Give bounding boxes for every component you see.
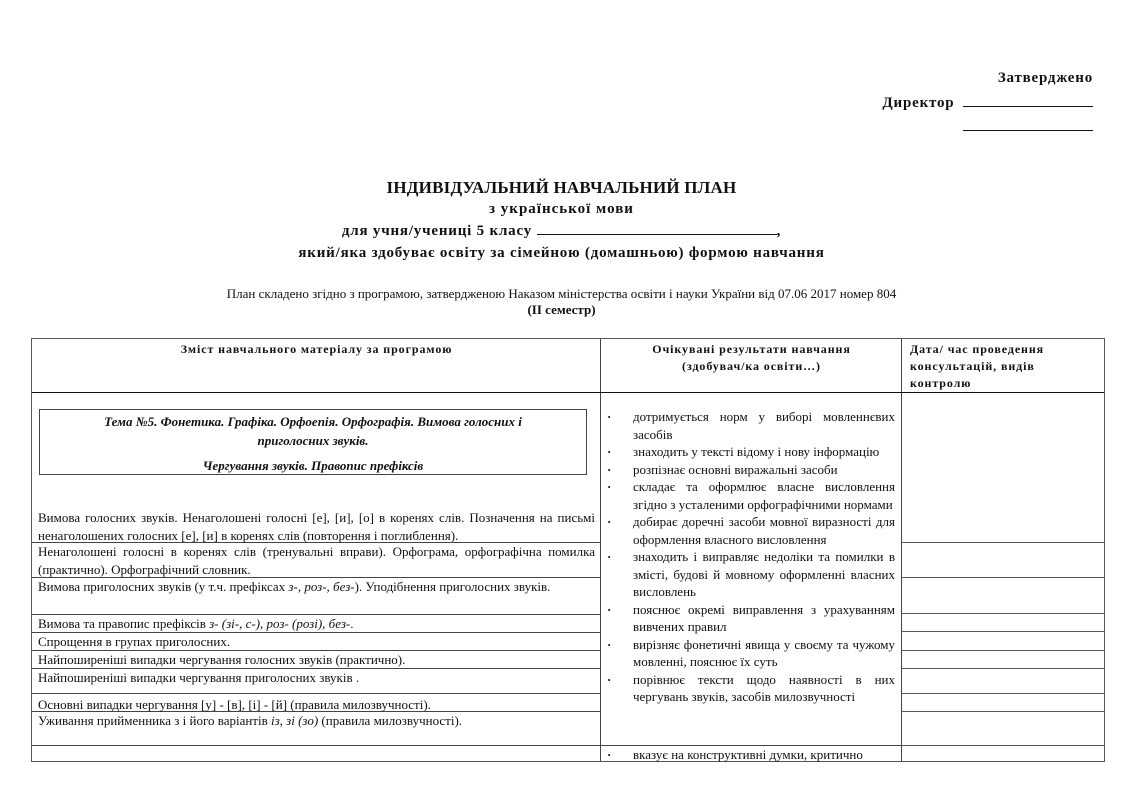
student-name-blank: [537, 220, 777, 235]
table-row: Уживання прийменника з і його варіантів …: [32, 712, 601, 746]
plan-table: Зміст навчального матеріалу за програмою…: [31, 338, 1105, 762]
date-cell-divider: [901, 542, 1104, 543]
topic-title: Тема №5. Фонетика. Графіка. Орфоепія. Ор…: [40, 412, 586, 431]
row-text: (правила милозвучності).: [318, 713, 462, 728]
result-item: добирає доречні засоби мовної виразності…: [601, 513, 901, 548]
table-row: Вимова та правопис префіксів з- (зі-, с-…: [32, 615, 601, 633]
student-line: для учня/учениці 5 класу ,: [0, 220, 1123, 242]
date-cell-divider: [901, 631, 1104, 632]
director-label: Директор: [882, 95, 954, 111]
row-text-italic: з-, роз-, без-: [288, 579, 354, 594]
result-item: вказує на конструктивні думки, критично: [601, 746, 901, 763]
results-last-cell: вказує на конструктивні думки, критично: [601, 745, 901, 763]
document-title-block: ІНДИВІДУАЛЬНИЙ НАВЧАЛЬНИЙ ПЛАН з українс…: [0, 176, 1123, 264]
approved-label: Затверджено: [882, 66, 1093, 90]
header-date: Дата/ час проведення консультацій, видів…: [910, 341, 1100, 392]
table-row: Тема №5. Фонетика. Графіка. Орфоепія. Ор…: [32, 392, 601, 543]
header-results-line: Очікувані результати навчання: [601, 341, 902, 358]
table-row: Найпоширеніші випадки чергування голосни…: [32, 651, 601, 669]
row-text: Вимова голосних звуків. Ненаголошені гол…: [38, 509, 595, 545]
director-signature-line: Директор: [882, 90, 1093, 115]
header-results-line: (здобувач/ка освіти…): [601, 358, 902, 375]
subject-title: з української мови: [0, 199, 1123, 220]
row-text-italic: з- (зі-, с-), роз- (розі), без-: [209, 616, 350, 631]
date-cell-divider: [901, 668, 1104, 669]
row-text: Вимова та правопис префіксів: [38, 616, 209, 631]
header-results: Очікувані результати навчання (здобувач/…: [601, 341, 902, 375]
topic-subtitle: Чергування звуків. Правопис префіксів: [40, 456, 586, 475]
result-item: складає та оформлює власне висловлення з…: [601, 478, 901, 513]
date-cell-divider: [901, 577, 1104, 578]
column-divider: [901, 339, 902, 761]
result-item: знаходить у тексті відому і нову інформа…: [601, 443, 901, 461]
table-row: Вимова приголосних звуків (у т.ч. префік…: [32, 578, 601, 615]
date-cell-divider: [901, 650, 1104, 651]
results-list: дотримується норм у виборі мовленнєвих з…: [601, 408, 901, 706]
education-form: який/яка здобуває освіту за сімейною (до…: [0, 242, 1123, 264]
date-cell-divider: [901, 745, 1104, 746]
topic-title: приголосних звуків.: [40, 431, 586, 450]
result-item: дотримується норм у виборі мовленнєвих з…: [601, 408, 901, 443]
date-cell-divider: [901, 613, 1104, 614]
director-signature-blank: [963, 90, 1093, 107]
plan-basis: План складено згідно з програмою, затвер…: [0, 286, 1123, 318]
header-content: Зміст навчального матеріалу за програмою: [32, 341, 601, 358]
row-text: Уживання прийменника з і його варіантів: [38, 713, 271, 728]
row-text: .: [350, 616, 353, 631]
row-text-italic: із, зі (зо): [271, 713, 318, 728]
row-text: ). Уподібнення приголосних звуків.: [355, 579, 551, 594]
semester-label: (II семестр): [0, 302, 1123, 318]
comma: ,: [777, 223, 782, 239]
student-label: для учня/учениці 5 класу: [342, 223, 532, 239]
table-row: Ненаголошені голосні в коренях слів (тре…: [32, 543, 601, 578]
result-item: порівнює тексти щодо наявності в них чер…: [601, 671, 901, 706]
header-date-line: консультацій, видів: [910, 358, 1100, 375]
director-name-blank: [963, 116, 1093, 131]
result-item: розпізнає основні виражальні засоби: [601, 461, 901, 479]
header-date-line: Дата/ час проведення: [910, 341, 1100, 358]
header-date-line: контролю: [910, 375, 1100, 392]
approval-block: Затверджено Директор: [882, 66, 1093, 139]
basis-text: План складено згідно з програмою, затвер…: [0, 286, 1123, 302]
table-row: Найпоширеніші випадки чергування приголо…: [32, 669, 601, 694]
page-title: ІНДИВІДУАЛЬНИЙ НАВЧАЛЬНИЙ ПЛАН: [0, 176, 1123, 199]
expected-results-cell: дотримується норм у виборі мовленнєвих з…: [601, 392, 901, 761]
table-row: [32, 746, 601, 762]
result-item: знаходить і виправляє недоліки та помилк…: [601, 548, 901, 601]
row-text: Вимова приголосних звуків (у т.ч. префік…: [38, 579, 288, 594]
date-cell-divider: [901, 711, 1104, 712]
table-row: Основні випадки чергування [у] - [в], [і…: [32, 694, 601, 712]
date-cell-divider: [901, 693, 1104, 694]
result-item: пояснює окремі виправлення з урахуванням…: [601, 601, 901, 636]
topic-box: Тема №5. Фонетика. Графіка. Орфоепія. Ор…: [39, 409, 587, 475]
table-row: Спрощення в групах приголосних.: [32, 633, 601, 651]
result-item: вирізняє фонетичні явища у своєму та чуж…: [601, 636, 901, 671]
